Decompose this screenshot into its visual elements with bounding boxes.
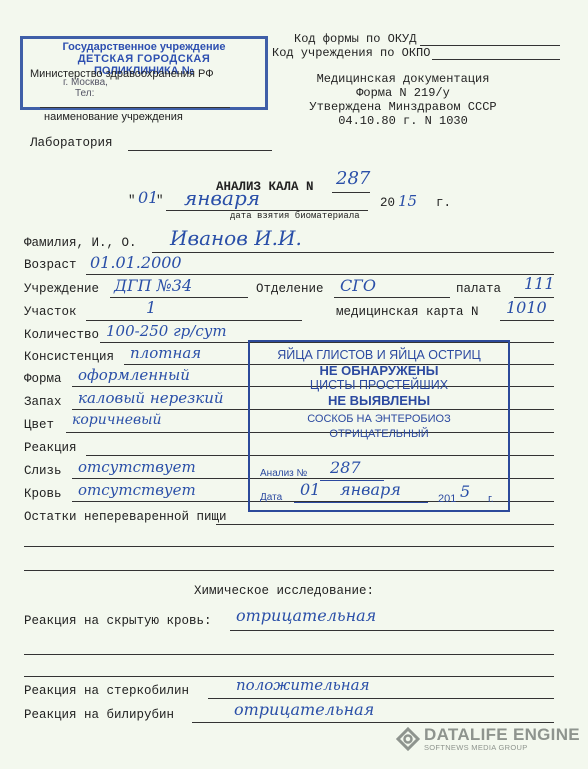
name-field[interactable] xyxy=(152,252,554,253)
ward-value: 111 xyxy=(524,274,555,293)
occult-blood-field[interactable] xyxy=(230,630,554,631)
stamp-line: Государственное учреждение xyxy=(23,41,265,53)
laboratory-field[interactable] xyxy=(128,150,272,151)
ward-label: палата xyxy=(456,282,501,296)
field-value: плотная xyxy=(130,344,201,362)
bilirubin-label: Реакция на билирубин xyxy=(24,708,174,722)
department-value: СГО xyxy=(340,276,376,295)
okud-label: Код формы по ОКУД xyxy=(294,32,416,46)
okpo-field[interactable] xyxy=(432,59,560,60)
quote-open: " xyxy=(128,194,136,208)
watermark: DATALIFE ENGINE SOFTNEWS MEDIA GROUP xyxy=(424,725,580,752)
age-label: Возраст xyxy=(24,258,77,272)
field-value: каловый нерезкий xyxy=(78,389,224,407)
stamp-analysis-value: 287 xyxy=(330,460,361,475)
institution-label: Учреждение xyxy=(24,282,99,296)
name-label: Фамилия, И., О. xyxy=(24,236,137,250)
field-label: Форма xyxy=(24,372,62,386)
occult-blood-label: Реакция на скрытую кровь: xyxy=(24,614,212,628)
stamp-line: СОСКОБ НА ЭНТЕРОБИОЗ xyxy=(250,412,508,427)
department-label: Отделение xyxy=(256,282,324,296)
field-label: Цвет xyxy=(24,418,54,432)
field-label: Количество xyxy=(24,328,99,342)
stamp-year-unit: г. xyxy=(488,492,494,507)
stamp-date-day: 01 xyxy=(300,482,320,497)
card-field[interactable] xyxy=(500,320,554,321)
doc-line: 04.10.80 г. N 1030 xyxy=(278,114,528,128)
institution-caption: наименование учреждения xyxy=(44,111,183,123)
department-field[interactable] xyxy=(334,297,450,298)
quote-close: " xyxy=(156,194,164,208)
result-stamp: ЯЙЦА ГЛИСТОВ И ЯЙЦА ОСТРИЦ НЕ ОБНАРУЖЕНЫ… xyxy=(248,340,510,512)
district-value: 1 xyxy=(146,298,156,317)
field-label: Слизь xyxy=(24,464,62,478)
age-value: 01.01.2000 xyxy=(90,253,182,272)
field-label: Кровь xyxy=(24,487,62,501)
stamp-line: ДЕТСКАЯ ГОРОДСКАЯ xyxy=(23,53,265,65)
doc-info: Медицинская документация Форма N 219/у У… xyxy=(278,72,528,128)
stamp-date-month: января xyxy=(340,482,401,497)
age-field[interactable] xyxy=(86,274,554,275)
stamp-date-line xyxy=(294,502,428,503)
ministry-text: Министерство здравоохранения РФ xyxy=(30,68,214,80)
stamp-year-suffix: 5 xyxy=(460,484,470,499)
field-value: коричневый xyxy=(72,412,162,428)
datalife-logo-icon xyxy=(396,727,420,751)
year-suffix: 15 xyxy=(398,192,417,210)
blank-line[interactable] xyxy=(24,546,554,547)
bilirubin-value: отрицательная xyxy=(234,700,374,719)
field-label: Запах xyxy=(24,395,62,409)
card-value: 1010 xyxy=(506,298,547,317)
date-month: января xyxy=(184,186,260,210)
field-value: 100-250 гр/сут xyxy=(106,322,227,340)
stamp-line: НЕ ОБНАРУЖЕНЫ xyxy=(250,363,508,378)
stamp-line: Тел: xyxy=(23,88,265,99)
stamp-date-label: Дата xyxy=(260,490,282,505)
stamp-line: ЯЙЦА ГЛИСТОВ И ЯЙЦА ОСТРИЦ xyxy=(250,348,508,363)
stamp-line: ОТРИЦАТЕЛЬНЫЙ xyxy=(250,427,508,442)
year-prefix: 20 xyxy=(380,196,395,210)
year-unit: г. xyxy=(436,196,451,210)
field-input[interactable] xyxy=(216,524,554,525)
institution-value: ДГП №34 xyxy=(114,276,192,295)
okud-field[interactable] xyxy=(420,45,560,46)
district-field[interactable] xyxy=(86,320,302,321)
district-label: Участок xyxy=(24,305,77,319)
occult-blood-value: отрицательная xyxy=(236,606,376,625)
field-value: отсутствует xyxy=(78,458,196,476)
stamp-analysis-label: Анализ № xyxy=(260,466,307,481)
blank-line[interactable] xyxy=(24,570,554,571)
field-label: Реакция xyxy=(24,441,77,455)
watermark-title: DATALIFE ENGINE xyxy=(424,725,580,745)
bilirubin-field[interactable] xyxy=(192,722,554,723)
stercobilin-label: Реакция на стеркобилин xyxy=(24,684,189,698)
stercobilin-field[interactable] xyxy=(208,698,554,699)
field-label: Консистенция xyxy=(24,350,114,364)
field-value: отсутствует xyxy=(78,481,196,499)
card-label: медицинская карта N xyxy=(336,305,479,319)
doc-line: Медицинская документация xyxy=(278,72,528,86)
date-caption: дата взятия биоматериала xyxy=(230,211,360,221)
field-label: Остатки непереваренной пищи xyxy=(24,510,227,524)
institution-field[interactable] xyxy=(110,297,248,298)
okpo-label: Код учреждения по ОКПО xyxy=(272,46,430,60)
number-line xyxy=(332,192,370,193)
doc-line: Форма N 219/у xyxy=(278,86,528,100)
blank-line[interactable] xyxy=(24,654,554,655)
stercobilin-value: положительная xyxy=(236,676,370,694)
laboratory-label: Лаборатория xyxy=(30,136,113,150)
analysis-number: 287 xyxy=(336,168,370,189)
field-value: оформленный xyxy=(78,366,190,384)
doc-line: Утверждена Минздравом СССР xyxy=(278,100,528,114)
chemistry-heading: Химическое исследование: xyxy=(194,584,374,598)
institution-line xyxy=(40,107,230,108)
stamp-year-prefix: 201 xyxy=(438,492,456,507)
stamp-line: НЕ ВЫЯВЛЕНЫ xyxy=(250,393,508,408)
stamp-line: ЦИСТЫ ПРОСТЕЙШИХ xyxy=(250,378,508,393)
name-value: Иванов И.И. xyxy=(170,226,302,250)
